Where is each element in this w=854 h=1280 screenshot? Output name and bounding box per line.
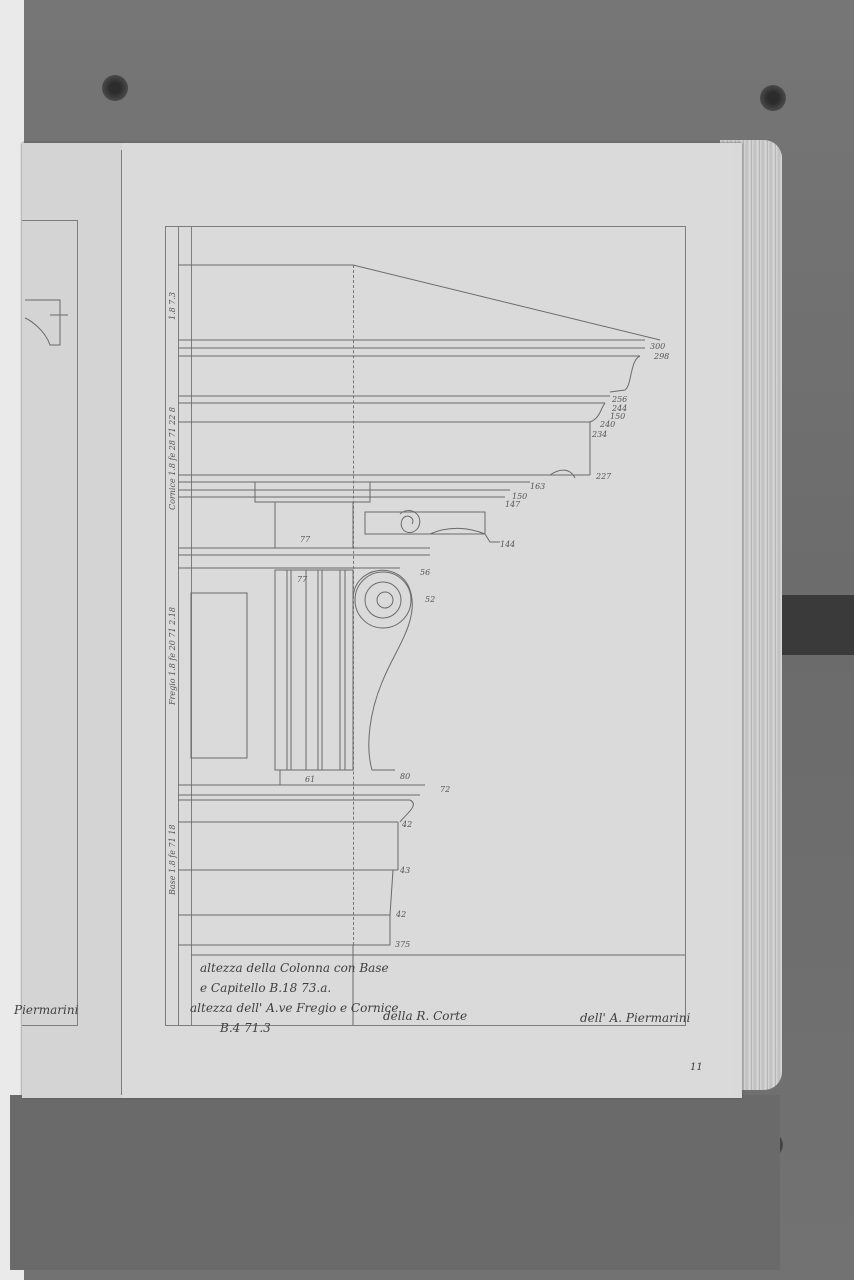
dim-label: 300 xyxy=(650,342,665,351)
margin-label: Cornice 1.8 fe 28 71 22 8 xyxy=(168,407,177,510)
caption-line: altezza della Colonna con Base xyxy=(200,958,398,978)
dim-label: 256 xyxy=(612,395,627,404)
margin-label: Base 1.8 fe 71 18 xyxy=(168,825,177,895)
left-page-footer-text: Piermarini xyxy=(14,1000,78,1020)
dim-label: 56 xyxy=(420,568,430,577)
inner-label: 77 xyxy=(300,535,310,544)
dim-label: 144 xyxy=(500,540,515,549)
dim-label: 43 xyxy=(400,866,410,875)
footer-right-text: dell' A. Piermarini xyxy=(580,1008,690,1028)
caption-line: B.4 71.3 xyxy=(220,1018,398,1038)
dim-label: 227 xyxy=(596,472,611,481)
dim-label: 147 xyxy=(505,500,520,509)
dim-label: 163 xyxy=(530,482,545,491)
margin-label: 1.8 7.3 xyxy=(168,292,177,320)
inner-label: 61 xyxy=(305,775,315,784)
dim-label: 375 xyxy=(395,940,410,949)
inner-label: 77 xyxy=(297,575,307,584)
caption-line: altezza dell' A.ve Fregio e Cornice xyxy=(190,998,398,1018)
page-number: 11 xyxy=(690,1058,703,1078)
dim-label: 52 xyxy=(425,595,435,604)
dim-label: 42 xyxy=(396,910,406,919)
architectural-elevation-drawing xyxy=(0,0,854,1280)
dim-label: 42 xyxy=(402,820,412,829)
dim-label: 80 xyxy=(400,772,410,781)
margin-label: Fregio 1.8 fe 20 71 2.18 xyxy=(168,607,177,705)
footer-center-text: della R. Corte xyxy=(383,1006,467,1026)
dim-label: 234 xyxy=(592,430,607,439)
caption-block: altezza della Colonna con Base e Capitel… xyxy=(200,958,398,1038)
caption-line: e Capitello B.18 73.a. xyxy=(200,978,398,998)
dim-label: 72 xyxy=(440,785,450,794)
dim-label: 240 xyxy=(600,420,615,429)
dim-label: 298 xyxy=(654,352,669,361)
